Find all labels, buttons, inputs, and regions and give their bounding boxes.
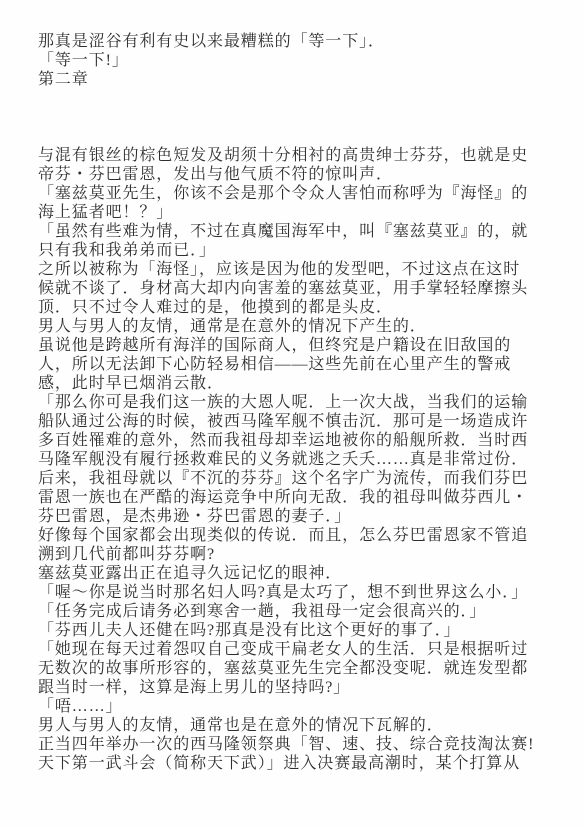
text-line: 之所以被称为「海怪」，应该是因为他的发型吧，不过这点在这时 xyxy=(38,260,553,279)
text-line: 男人与男人的友情，通常也是在意外的情况下瓦解的． xyxy=(38,716,553,735)
text-line: 「她现在每天过着怨叹自己变成干扁老女人的生活．只是根据听过 xyxy=(38,640,553,659)
text-line: 正当四年举办一次的西马隆领祭典「智、速、技、综合竞技淘汰赛! xyxy=(38,735,553,754)
text-line: 顶．只不过令人难过的是，他摸到的都是头皮． xyxy=(38,298,553,317)
text-line: 溯到几代前都叫芬芬啊? xyxy=(38,545,553,564)
text-line: 多百姓罹难的意外，然而我祖母却幸运地被你的船舰所救．当时西 xyxy=(38,431,553,450)
text-line xyxy=(38,89,553,108)
text-line: 第二章 xyxy=(38,70,553,89)
text-line: 与混有银丝的棕色短发及胡须十分相衬的高贵绅士芬芬，也就是史 xyxy=(38,146,553,165)
text-line: 感，此时早已烟消云散． xyxy=(38,374,553,393)
text-line: 男人与男人的友情，通常是在意外的情况下产生的． xyxy=(38,317,553,336)
text-line: 「等一下!」 xyxy=(38,51,553,70)
text-line: 「虽然有些难为情，不过在真魔国海军中，叫『塞兹莫亚』的，就 xyxy=(38,222,553,241)
text-line xyxy=(38,108,553,127)
text-line: 无数次的故事所形容的，塞兹莫亚先生完全都没变呢．就连发型都 xyxy=(38,659,553,678)
text-line: 「喔～你是说当时那名妇人吗?真是太巧了，想不到世界这么小．」 xyxy=(38,583,553,602)
text-line: 「芬西儿夫人还健在吗?那真是没有比这个更好的事了．」 xyxy=(38,621,553,640)
text-line: 马隆军舰没有履行拯救难民的义务就逃之夭夭……真是非常过份． xyxy=(38,450,553,469)
text-line xyxy=(38,127,553,146)
text-line: 帝芬・芬巴雷恩，发出与他气质不符的惊叫声． xyxy=(38,165,553,184)
text-line: 人，所以无法卸下心防轻易相信——这些先前在心里产生的警戒 xyxy=(38,355,553,374)
text-line: 候就不谈了．身材高大却内向害羞的塞兹莫亚，用手掌轻轻摩擦头 xyxy=(38,279,553,298)
text-line: 海上猛者吧！？」 xyxy=(38,203,553,222)
text-line: 雷恩一族也在严酷的海运竞争中所向无敌．我的祖母叫做芬西儿・ xyxy=(38,488,553,507)
text-line: 「唔……」 xyxy=(38,697,553,716)
text-line: 芬巴雷恩，是杰弗逊・芬巴雷恩的妻子．」 xyxy=(38,507,553,526)
text-line: 好像每个国家都会出现类似的传说．而且，怎么芬巴雷恩家不管追 xyxy=(38,526,553,545)
text-line: 天下第一武斗会（简称天下武）」进入决赛最高潮时，某个打算从 xyxy=(38,754,553,773)
text-line: 「任务完成后请务必到寒舍一趟，我祖母一定会很高兴的．」 xyxy=(38,602,553,621)
text-line: 只有我和我弟弟而已．」 xyxy=(38,241,553,260)
text-line: 塞兹莫亚露出正在追寻久远记忆的眼神． xyxy=(38,564,553,583)
text-line: 「塞兹莫亚先生，你该不会是那个令众人害怕而称呼为『海怪』的 xyxy=(38,184,553,203)
text-line: 跟当时一样，这算是海上男儿的坚持吗?」 xyxy=(38,678,553,697)
text-line: 船队通过公海的时候，被西马隆军舰不慎击沉．那可是一场造成许 xyxy=(38,412,553,431)
text-line: 「那么你可是我们这一族的大恩人呢．上一次大战，当我们的运输 xyxy=(38,393,553,412)
text-line: 那真是涩谷有利有史以来最糟糕的「等一下」． xyxy=(38,32,553,51)
text-line: 虽说他是跨越所有海洋的国际商人，但终究是户籍设在旧敌国的 xyxy=(38,336,553,355)
text-line: 后来，我祖母就以『不沉的芬芬』这个名字广为流传，而我们芬巴 xyxy=(38,469,553,488)
scanned-novel-page: 那真是涩谷有利有史以来最糟糕的「等一下」．「等一下!」第二章 与混有银丝的棕色短… xyxy=(0,0,583,828)
novel-text: 那真是涩谷有利有史以来最糟糕的「等一下」．「等一下!」第二章 与混有银丝的棕色短… xyxy=(38,32,553,773)
